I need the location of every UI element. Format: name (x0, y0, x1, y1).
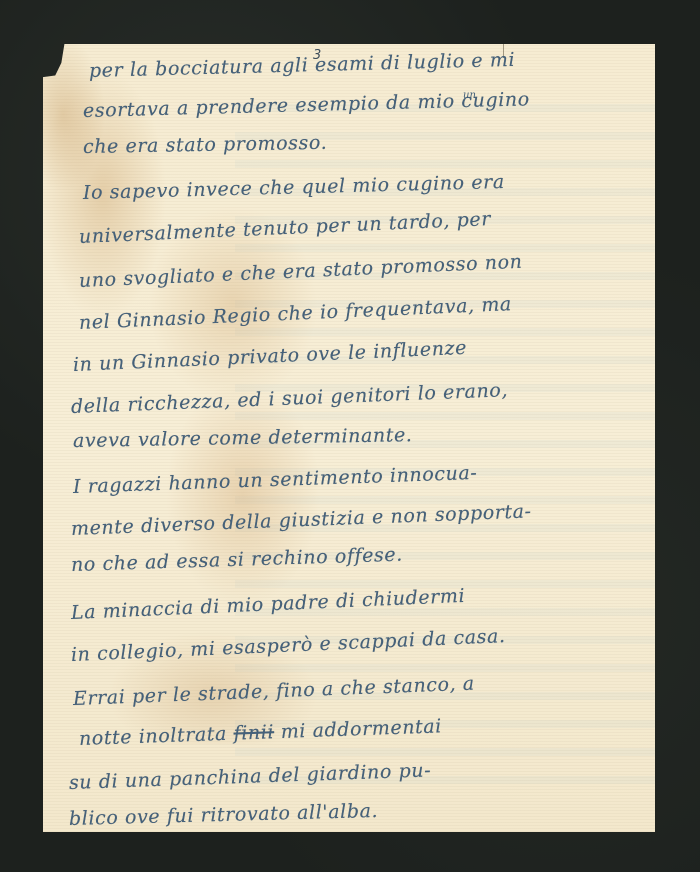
text-line: della ricchezza, ed i suoi genitori lo e… (71, 379, 509, 418)
text-segment: mi addormentai (280, 715, 442, 743)
text-line: Io sapevo invece che quel mio cugino era (83, 171, 505, 204)
text-line: I ragazzi hanno un sentimento innocua- (73, 462, 478, 498)
text-line: aveva valore come determinante. (73, 424, 413, 452)
text-line: su di una panchina del giardino pu- (69, 759, 432, 794)
text-line: in un Ginnasio privato ove le influenze (73, 337, 468, 376)
text-line: mente diverso della giustizia e non sopp… (71, 500, 532, 540)
text-line: nel Ginnasio Regio che io frequentava, m… (79, 293, 513, 334)
text-segment: notte inoltrata (79, 723, 228, 750)
text-line: che era stato promosso. (83, 132, 328, 158)
text-line: uno svogliato e che era stato promosso n… (79, 251, 523, 292)
text-line: in collegio, mi esasperò e scappai da ca… (71, 625, 506, 666)
text-line: La minaccia di mio padre di chiudermi (71, 585, 466, 624)
text-line: universalmente tenuto per un tardo, per (79, 208, 492, 248)
text-line: Errai per le strade, fino a che stanco, … (73, 673, 476, 710)
manuscript-sheet: 3 per la bocciatura agli esami di luglio… (43, 44, 655, 832)
text-line-with-strike: notte inoltrata finii mi addormentai (79, 715, 443, 750)
text-line: no che ad essa si rechino offese. (71, 544, 403, 576)
handwritten-text-body: per la bocciatura agli esami di luglio e… (43, 44, 655, 832)
text-line: esortava a prendere esempio da mio cugin… (83, 88, 530, 122)
text-line: per la bocciatura agli esami di luglio e… (89, 49, 516, 82)
text-line: blico ove fui ritrovato all'alba. (69, 800, 379, 830)
struck-word: finii (233, 721, 274, 744)
